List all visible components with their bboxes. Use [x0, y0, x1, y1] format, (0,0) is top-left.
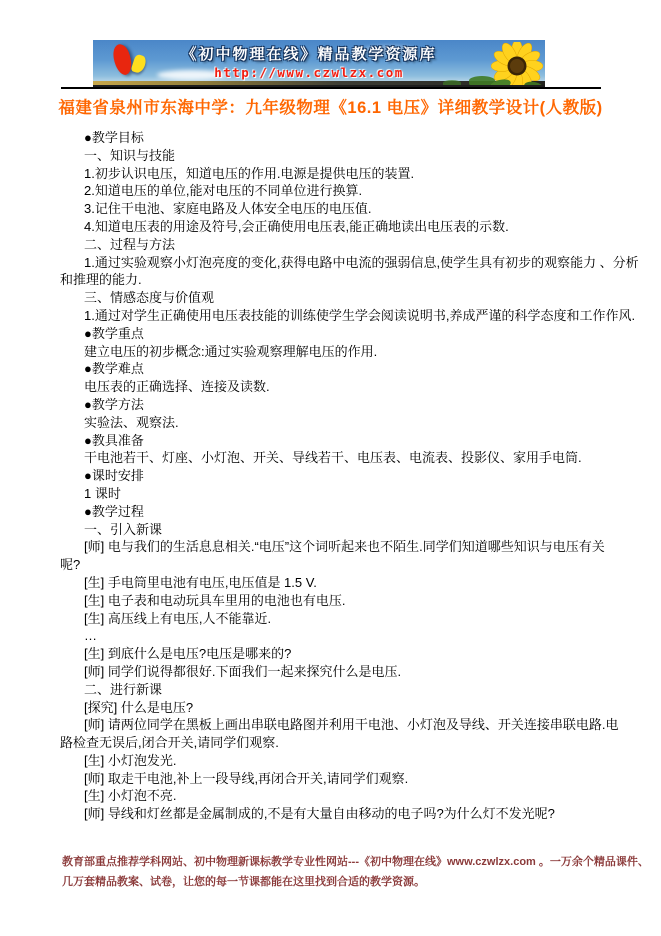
body-line: 4.知道电压表的用途及符号,会正确使用电压表,能正确地读出电压表的示数. [60, 218, 625, 236]
body-line: ●教学方法 [60, 396, 625, 414]
body-line: 路检查无误后,闭合开关,请同学们观察. [60, 734, 625, 752]
grass-decor [443, 80, 461, 86]
page-title: 福建省泉州市东海中学：九年级物理《16.1 电压》详细教学设计(人教版) [0, 94, 661, 118]
body-line: ●教学重点 [60, 325, 625, 343]
body-line: 1 课时 [60, 485, 625, 503]
body-line: 二、过程与方法 [60, 236, 625, 254]
body-line: 一、引入新课 [60, 521, 625, 539]
body-line: ●教学目标 [60, 129, 625, 147]
body-line: 三、情感态度与价值观 [60, 289, 625, 307]
body-line: 电压表的正确选择、连接及读数. [60, 378, 625, 396]
body-line: ●教具准备 [60, 432, 625, 450]
footer-line: 几万套精品教案、试卷，让您的每一节课都能在这里找到合适的教学资源。 [62, 872, 640, 892]
sunflower-icon [491, 42, 543, 87]
body-line: [生] 电子表和电动玩具车里用的电池也有电压. [60, 592, 625, 610]
body-line: 呢? [60, 556, 625, 574]
body-line: ●课时安排 [60, 467, 625, 485]
footer-line: 教育部重点推荐学科网站、初中物理新课标教学专业性网站---《初中物理在线》www… [62, 852, 640, 872]
body-line: 干电池若干、灯座、小灯泡、开关、导线若干、电压表、电流表、投影仪、家用手电筒. [60, 449, 625, 467]
body-line: 和推理的能力. [60, 271, 625, 289]
body-line: 1.初步认识电压，知道电压的作用.电源是提供电压的装置. [60, 165, 625, 183]
body-line: … [60, 627, 625, 645]
body-line: ●教学难点 [60, 360, 625, 378]
body-line: 二、进行新课 [60, 681, 625, 699]
document-page: 《初中物理在线》精品教学资源库 http://www.czwlzx.com [0, 0, 661, 936]
body-line: [生] 到底什么是电压?电压是哪来的? [60, 645, 625, 663]
site-url-link[interactable]: http://www.czwlzx.com [139, 65, 479, 80]
body-line: 2.知道电压的单位,能对电压的不同单位进行换算. [60, 182, 625, 200]
body-line: 1.通过对学生正确使用电压表技能的训练使学生学会阅读说明书,养成严谨的科学态度和… [60, 307, 625, 325]
banner-text-block: 《初中物理在线》精品教学资源库 http://www.czwlzx.com [139, 43, 479, 80]
body-line: [师] 导线和灯丝都是金属制成的,不是有大量自由移动的电子吗?为什么灯不发光呢? [60, 805, 625, 823]
body-line: [生] 小灯泡不亮. [60, 787, 625, 805]
body-line: [师] 请两位同学在黑板上画出串联电路图并利用干电池、小灯泡及导线、开关连接串联… [60, 716, 625, 734]
divider-rule [61, 87, 601, 89]
site-title: 《初中物理在线》精品教学资源库 [139, 43, 479, 64]
site-banner: 《初中物理在线》精品教学资源库 http://www.czwlzx.com [93, 40, 545, 87]
body-line: 1.通过实验观察小灯泡亮度的变化,获得电路中电流的强弱信息,使学生具有初步的观察… [60, 254, 625, 272]
body-line: [探究] 什么是电压? [60, 699, 625, 717]
body-line: 一、知识与技能 [60, 147, 625, 165]
body-line: [师] 同学们说得都很好.下面我们一起来探究什么是电压. [60, 663, 625, 681]
body-line: [师] 电与我们的生活息息相关.“电压”这个词听起来也不陌生.同学们知道哪些知识… [60, 538, 625, 556]
body-line: [生] 小灯泡发光. [60, 752, 625, 770]
body-line: 实验法、观察法. [60, 414, 625, 432]
footer-note: 教育部重点推荐学科网站、初中物理新课标教学专业性网站---《初中物理在线》www… [62, 852, 640, 892]
body-line: 3.记住干电池、家庭电路及人体安全电压的电压值. [60, 200, 625, 218]
document-body: ●教学目标一、知识与技能1.初步认识电压，知道电压的作用.电源是提供电压的装置.… [60, 129, 625, 823]
body-line: 建立电压的初步概念:通过实验观察理解电压的作用. [60, 343, 625, 361]
flame-red-shape [109, 42, 136, 77]
body-line: ●教学过程 [60, 503, 625, 521]
body-line: [生] 手电筒里电池有电压,电压值是 1.5 V. [60, 574, 625, 592]
body-line: [生] 高压线上有电压,人不能靠近. [60, 610, 625, 628]
body-line: [师] 取走干电池,补上一段导线,再闭合开关,请同学们观察. [60, 770, 625, 788]
